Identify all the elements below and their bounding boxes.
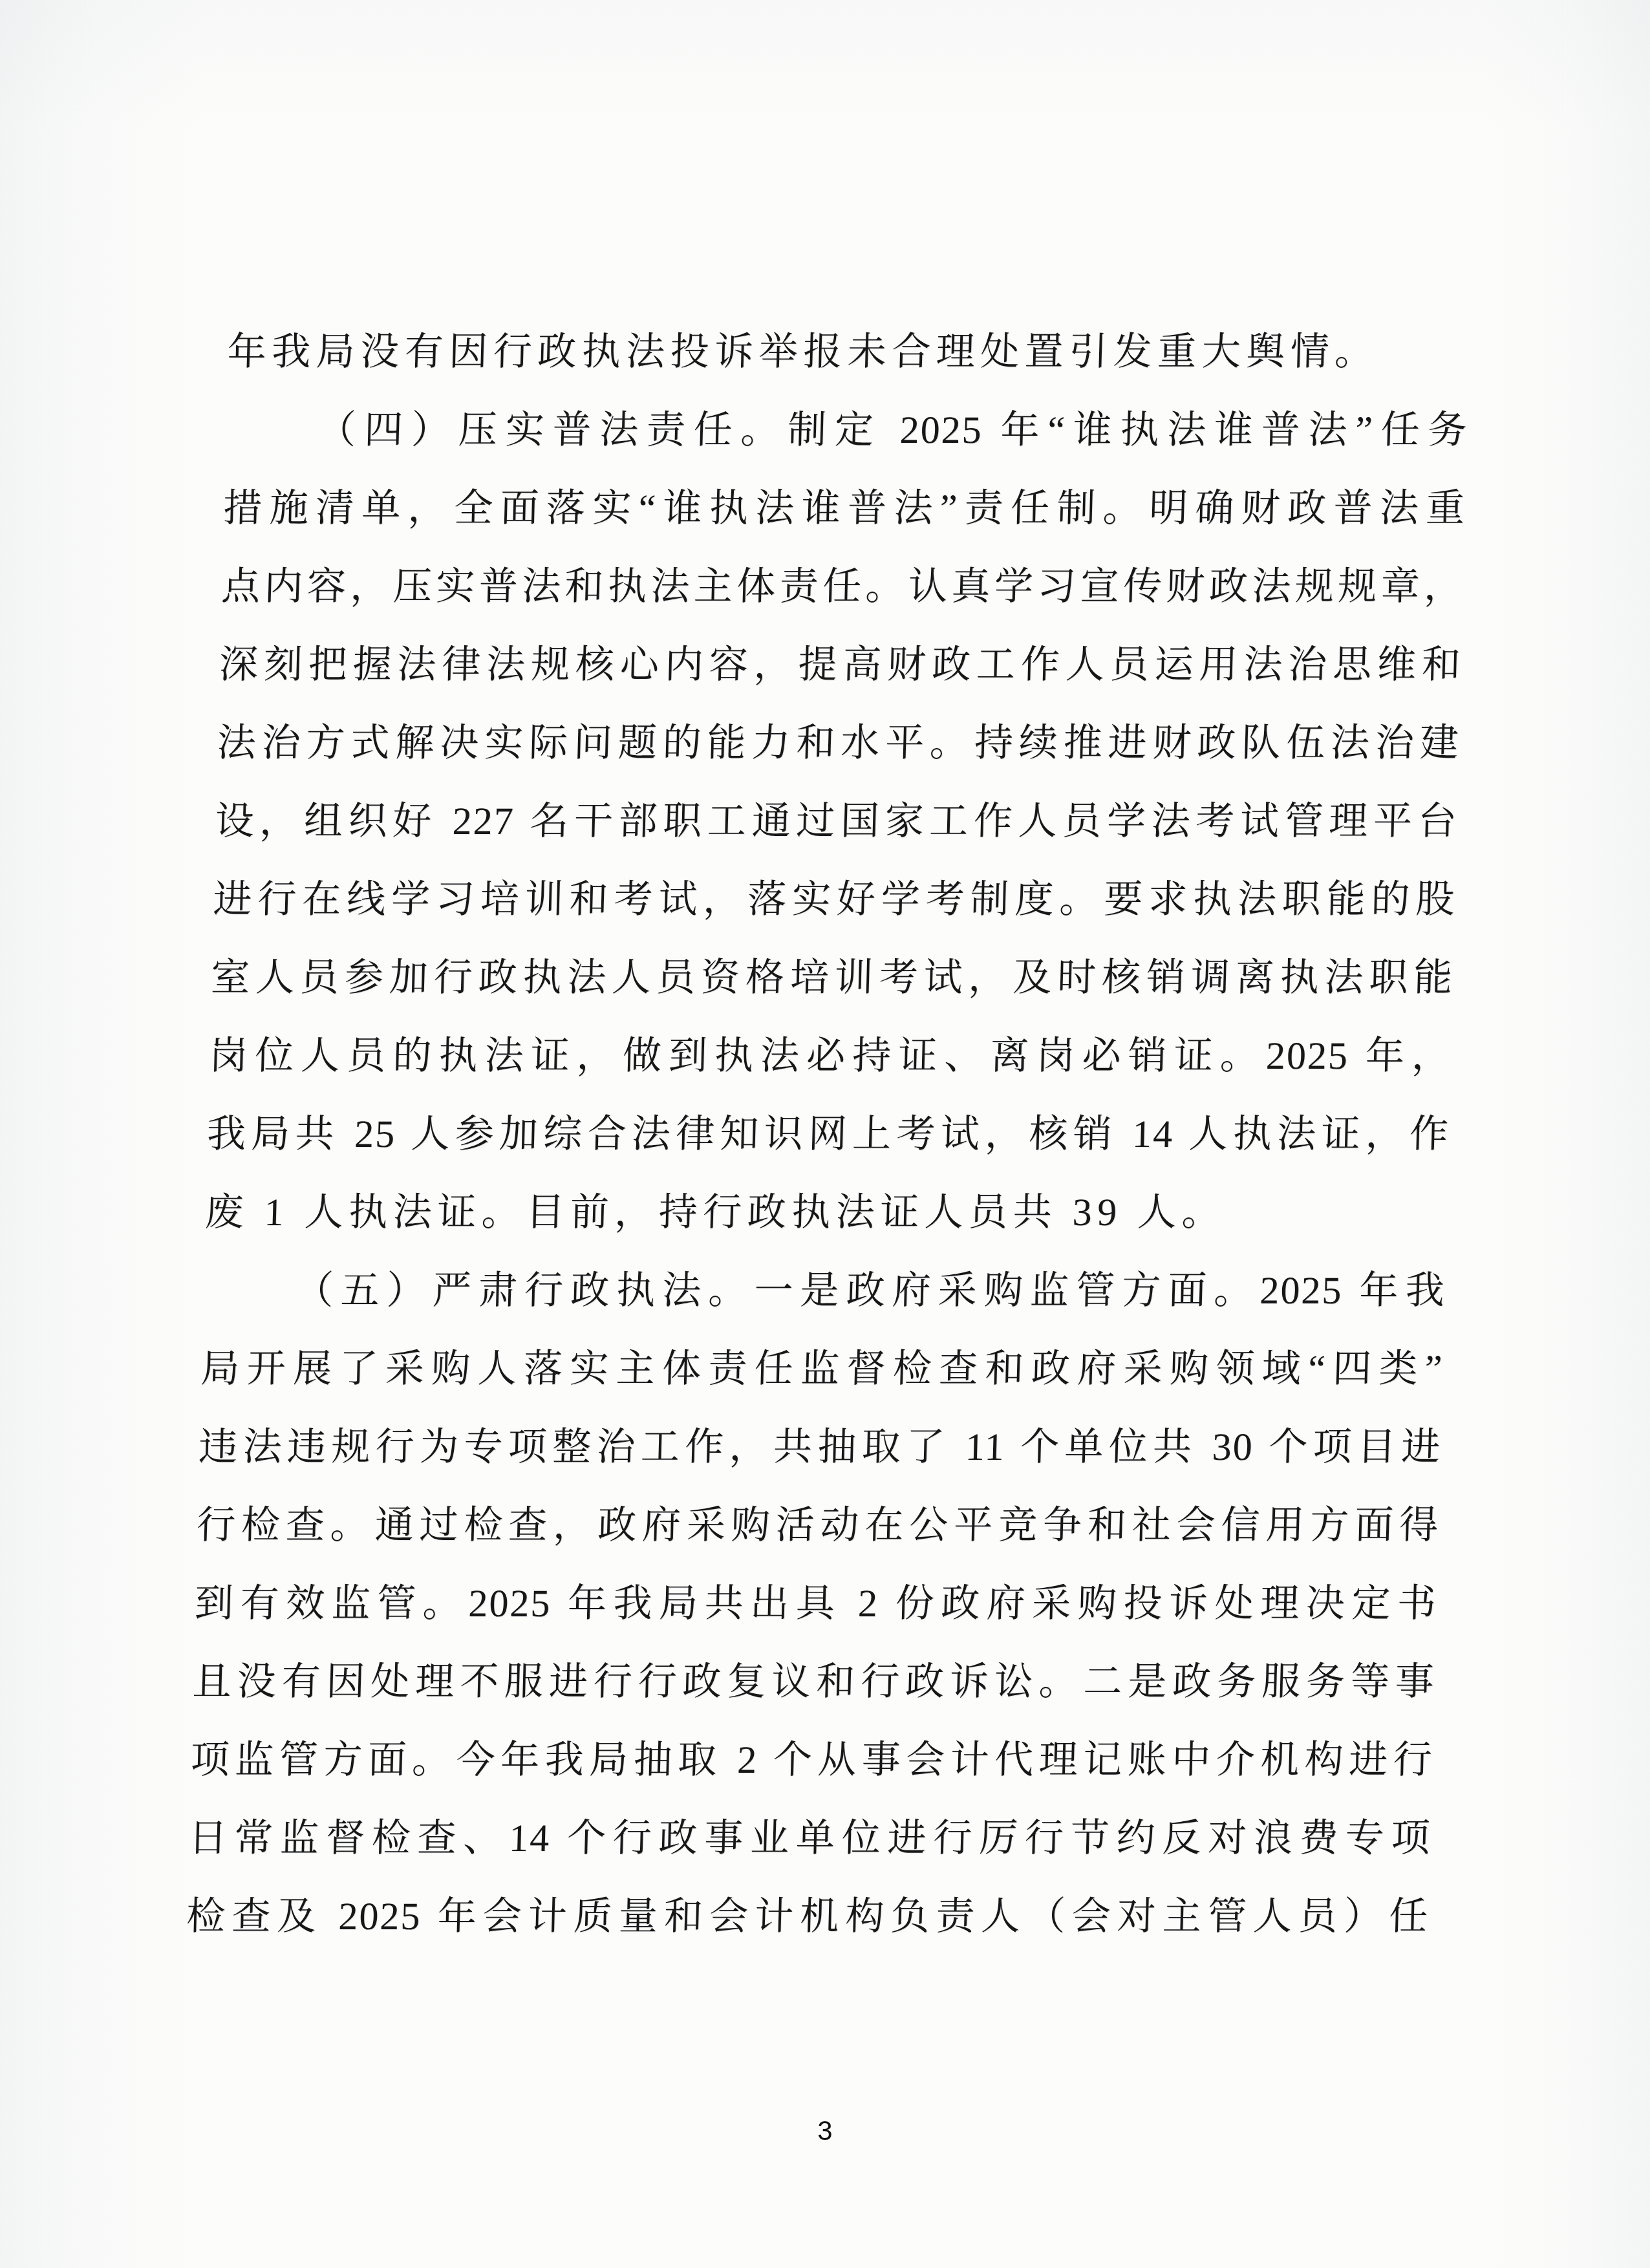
scan-texture-right	[1482, 0, 1650, 2268]
text-line: 点内容，压实普法和执法主体责任。认真学习宣传财政法规规章，	[220, 548, 1465, 626]
document-page: 年我局没有因行政执法投诉举报未合理处置引发重大舆情。 （四）压实普法责任。制定 …	[0, 0, 1650, 2268]
text-line: 设，组织好 227 名干部职工通过国家工作人员学法考试管理平台	[214, 782, 1459, 861]
scan-texture-top	[0, 0, 1650, 129]
text-line: 我局共 25 人参加综合法律知识网上考试，核销 14 人执法证，作	[206, 1095, 1450, 1173]
text-line: 措施清单，全面落实“谁执法谁普法”责任制。明确财政普法重	[222, 469, 1467, 548]
text-line: 检查及 2025 年会计质量和会计机构负责人（会对主管人员）任	[186, 1878, 1430, 1956]
text-line: 室人员参加行政执法人员资格培训考试，及时核销调离执法职能	[210, 939, 1455, 1017]
text-line: 深刻把握法律法规核心内容，提高财政工作人员运用法治思维和	[218, 626, 1462, 704]
text-line: 局开展了采购人落实主体责任监督检查和政府采购领域“四类”	[200, 1330, 1444, 1408]
text-line: 项监管方面。今年我局抽取 2 个从事会计代理记账中介机构进行	[189, 1721, 1434, 1799]
text-line: 到有效监管。2025 年我局共出具 2 份政府采购投诉处理决定书	[193, 1565, 1438, 1643]
document-body: 年我局没有因行政执法投诉举报未合理处置引发重大舆情。 （四）压实普法责任。制定 …	[186, 313, 1472, 1956]
text-line: 且没有因处理不服进行行政复议和行政诉讼。二是政务服务等事	[191, 1643, 1436, 1721]
text-line: 废 1 人执法证。目前，持行政执法证人员共 39 人。	[204, 1173, 1448, 1252]
text-line: 法治方式解决实际问题的能力和水平。持续推进财政队伍法治建	[216, 704, 1461, 782]
text-line: （四）压实普法责任。制定 2025 年“谁执法谁普法”任务	[224, 391, 1469, 469]
text-line: 进行在线学习培训和考试，落实好学考制度。要求执法职能的股	[212, 861, 1457, 939]
scan-texture-left	[0, 0, 207, 2268]
text-line: 违法违规行为专项整治工作，共抽取了 11 个单位共 30 个项目进	[198, 1408, 1442, 1486]
text-line: 日常监督检查、14 个行政事业单位进行厉行节约反对浪费专项	[187, 1799, 1432, 1878]
text-line: 年我局没有因行政执法投诉举报未合理处置引发重大舆情。	[226, 313, 1471, 391]
page-number: 3	[0, 2115, 1650, 2146]
text-line: （五）严肃行政执法。一是政府采购监管方面。2025 年我	[202, 1252, 1446, 1330]
text-line: 岗位人员的执法证，做到执法必持证、离岗必销证。2025 年，	[208, 1017, 1453, 1095]
text-line: 行检查。通过检查，政府采购活动在公平竞争和社会信用方面得	[196, 1486, 1441, 1565]
